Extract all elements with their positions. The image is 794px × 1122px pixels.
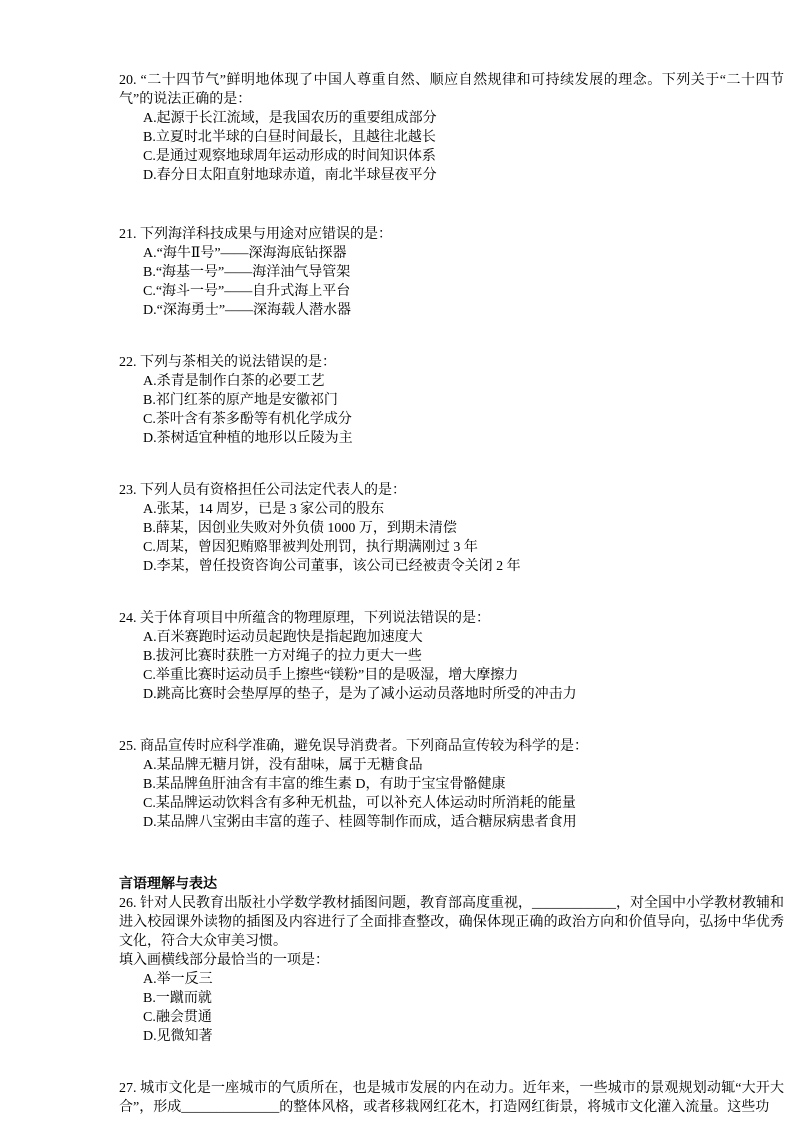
question-20-body: “二十四节气”鲜明地体现了中国人尊重自然、顺应自然规律和可持续发展的理念。下列关… [119, 73, 784, 107]
question-20-text: 20. “二十四节气”鲜明地体现了中国人尊重自然、顺应自然规律和可持续发展的理念… [119, 71, 784, 109]
question-22-option-b: B.祁门红茶的原产地是安徽祁门 [119, 391, 784, 410]
question-25-text: 25. 商品宣传时应科学准确，避免误导消费者。下列商品宣传较为科学的是： [119, 737, 784, 756]
question-20-option-a: A.起源于长江流域，是我国农历的重要组成部分 [119, 109, 784, 128]
question-20: 20. “二十四节气”鲜明地体现了中国人尊重自然、顺应自然规律和可持续发展的理念… [119, 71, 784, 185]
question-27-body: 城市文化是一座城市的气质所在，也是城市发展的内在动力。近年来，一些城市的景观规划… [119, 1081, 784, 1115]
question-23-number: 23. [119, 483, 137, 498]
question-22-text: 22. 下列与茶相关的说法错误的是： [119, 353, 784, 372]
question-26-text: 26. 针对人民教育出版社小学数学教材插图问题，教育部高度重视，________… [119, 894, 784, 951]
question-26-option-c: C.融会贯通 [119, 1008, 784, 1027]
question-23: 23. 下列人员有资格担任公司法定代表人的是： A.张某，14 周岁，已是 3 … [119, 481, 784, 576]
question-21-option-d: D.“深海勇士”——深海载人潜水器 [119, 301, 784, 320]
question-24: 24. 关于体育项目中所蕴含的物理原理，下列说法错误的是： A.百米赛跑时运动员… [119, 609, 784, 704]
question-24-body: 关于体育项目中所蕴含的物理原理，下列说法错误的是： [140, 611, 490, 626]
question-23-option-d: D.李某，曾任投资咨询公司董事，该公司已经被责令关闭 2 年 [119, 557, 784, 576]
question-22-option-c: C.茶叶含有茶多酚等有机化学成分 [119, 410, 784, 429]
question-27-text: 27. 城市文化是一座城市的气质所在，也是城市发展的内在动力。近年来，一些城市的… [119, 1079, 784, 1117]
question-24-option-a: A.百米赛跑时运动员起跑快是指起跑加速度大 [119, 628, 784, 647]
question-26-option-a: A.举一反三 [119, 970, 784, 989]
question-23-option-a: A.张某，14 周岁，已是 3 家公司的股东 [119, 500, 784, 519]
question-26: 26. 针对人民教育出版社小学数学教材插图问题，教育部高度重视，________… [119, 894, 784, 1046]
question-20-option-c: C.是通过观察地球周年运动形成的时间知识体系 [119, 147, 784, 166]
question-27: 27. 城市文化是一座城市的气质所在，也是城市发展的内在动力。近年来，一些城市的… [119, 1079, 784, 1117]
question-21-option-b: B.“海基一号”——海洋油气导管架 [119, 263, 784, 282]
question-25-option-a: A.某品牌无糖月饼，没有甜味，属于无糖食品 [119, 756, 784, 775]
question-23-body: 下列人员有资格担任公司法定代表人的是： [140, 483, 406, 498]
question-25: 25. 商品宣传时应科学准确，避免误导消费者。下列商品宣传较为科学的是： A.某… [119, 737, 784, 832]
question-24-option-c: C.举重比赛时运动员手上擦些“镁粉”目的是吸湿，增大摩擦力 [119, 666, 784, 685]
question-26-stem: 填入画横线部分最恰当的一项是： [119, 951, 784, 970]
question-25-body: 商品宣传时应科学准确，避免误导消费者。下列商品宣传较为科学的是： [140, 739, 588, 754]
question-26-number: 26. [119, 896, 137, 911]
question-21-option-c: C.“海斗一号”——自升式海上平台 [119, 282, 784, 301]
exam-document-page: 20. “二十四节气”鲜明地体现了中国人尊重自然、顺应自然规律和可持续发展的理念… [0, 0, 794, 1122]
section-title-verbal-comprehension: 言语理解与表达 [119, 875, 784, 894]
question-20-number: 20. [119, 73, 137, 88]
question-25-number: 25. [119, 739, 137, 754]
question-20-option-d: D.春分日太阳直射地球赤道，南北半球昼夜平分 [119, 166, 784, 185]
question-22-option-d: D.茶树适宜种植的地形以丘陵为主 [119, 429, 784, 448]
question-27-number: 27. [119, 1081, 137, 1096]
question-26-body: 针对人民教育出版社小学数学教材插图问题，教育部高度重视，____________… [119, 896, 784, 949]
question-26-option-b: B.一蹴而就 [119, 989, 784, 1008]
question-22-body: 下列与茶相关的说法错误的是： [140, 355, 336, 370]
question-24-text: 24. 关于体育项目中所蕴含的物理原理，下列说法错误的是： [119, 609, 784, 628]
question-22-number: 22. [119, 355, 137, 370]
question-25-option-d: D.某品牌八宝粥由丰富的莲子、桂圆等制作而成，适合糖尿病患者食用 [119, 813, 784, 832]
question-20-option-b: B.立夏时北半球的白昼时间最长，且越往北越长 [119, 128, 784, 147]
question-22-option-a: A.杀青是制作白茶的必要工艺 [119, 372, 784, 391]
question-24-option-d: D.跳高比赛时会垫厚厚的垫子，是为了减小运动员落地时所受的冲击力 [119, 685, 784, 704]
question-22: 22. 下列与茶相关的说法错误的是： A.杀青是制作白茶的必要工艺 B.祁门红茶… [119, 353, 784, 448]
question-23-option-c: C.周某，曾因犯贿赂罪被判处刑罚，执行期满刚过 3 年 [119, 538, 784, 557]
question-24-option-b: B.拔河比赛时获胜一方对绳子的拉力更大一些 [119, 647, 784, 666]
question-25-option-c: C.某品牌运动饮料含有多种无机盐，可以补充人体运动时所消耗的能量 [119, 794, 784, 813]
question-21: 21. 下列海洋科技成果与用途对应错误的是： A.“海牛Ⅱ号”——深海海底钻探器… [119, 225, 784, 320]
question-21-body: 下列海洋科技成果与用途对应错误的是： [140, 227, 392, 242]
question-25-option-b: B.某品牌鱼肝油含有丰富的维生素 D，有助于宝宝骨骼健康 [119, 775, 784, 794]
question-23-option-b: B.薛某，因创业失败对外负债 1000 万，到期未清偿 [119, 519, 784, 538]
question-21-number: 21. [119, 227, 137, 242]
question-23-text: 23. 下列人员有资格担任公司法定代表人的是： [119, 481, 784, 500]
question-26-option-d: D.见微知著 [119, 1027, 784, 1046]
question-21-option-a: A.“海牛Ⅱ号”——深海海底钻探器 [119, 244, 784, 263]
question-21-text: 21. 下列海洋科技成果与用途对应错误的是： [119, 225, 784, 244]
question-24-number: 24. [119, 611, 137, 626]
